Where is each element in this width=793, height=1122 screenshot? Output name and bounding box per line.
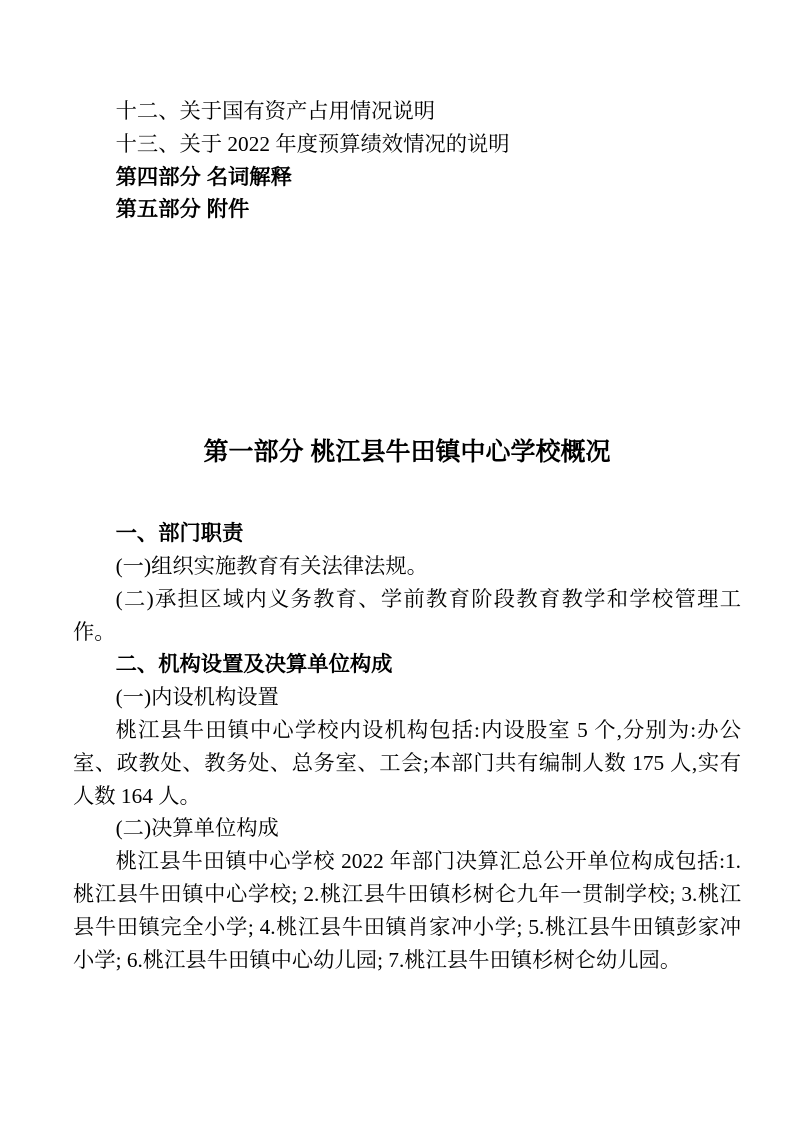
toc-item-part-heading: 第四部分 名词解释 xyxy=(73,161,741,194)
vertical-spacer xyxy=(73,226,741,324)
toc-block: 十二、关于国有资产占用情况说明 十三、关于 2022 年度预算绩效情况的说明 第… xyxy=(73,95,741,226)
section-heading: 二、机构设置及决算单位构成 xyxy=(73,648,741,681)
sub-heading: (二)决算单位构成 xyxy=(73,812,741,845)
paragraph: (二)承担区域内义务教育、学前教育阶段教育教学和学校管理工作。 xyxy=(73,583,741,649)
body-block: 一、部门职责 (一)组织实施教育有关法律法规。 (二)承担区域内义务教育、学前教… xyxy=(73,517,741,976)
sub-heading: (一)内设机构设置 xyxy=(73,681,741,714)
paragraph: 桃江县牛田镇中心学校 2022 年部门决算汇总公开单位构成包括:1.桃江县牛田镇… xyxy=(73,845,741,976)
document-page: 十二、关于国有资产占用情况说明 十三、关于 2022 年度预算绩效情况的说明 第… xyxy=(0,0,793,1122)
paragraph: (一)组织实施教育有关法律法规。 xyxy=(73,550,741,583)
section-heading: 一、部门职责 xyxy=(73,517,741,550)
paragraph: 桃江县牛田镇中心学校内设机构包括:内设股室 5 个,分别为:办公室、政教处、教务… xyxy=(73,714,741,812)
toc-item: 十三、关于 2022 年度预算绩效情况的说明 xyxy=(73,128,741,161)
toc-item: 十二、关于国有资产占用情况说明 xyxy=(73,95,741,128)
section-title: 第一部分 桃江县牛田镇中心学校概况 xyxy=(73,432,741,472)
page-content: 十二、关于国有资产占用情况说明 十三、关于 2022 年度预算绩效情况的说明 第… xyxy=(0,0,793,976)
toc-item-part-heading: 第五部分 附件 xyxy=(73,193,741,226)
